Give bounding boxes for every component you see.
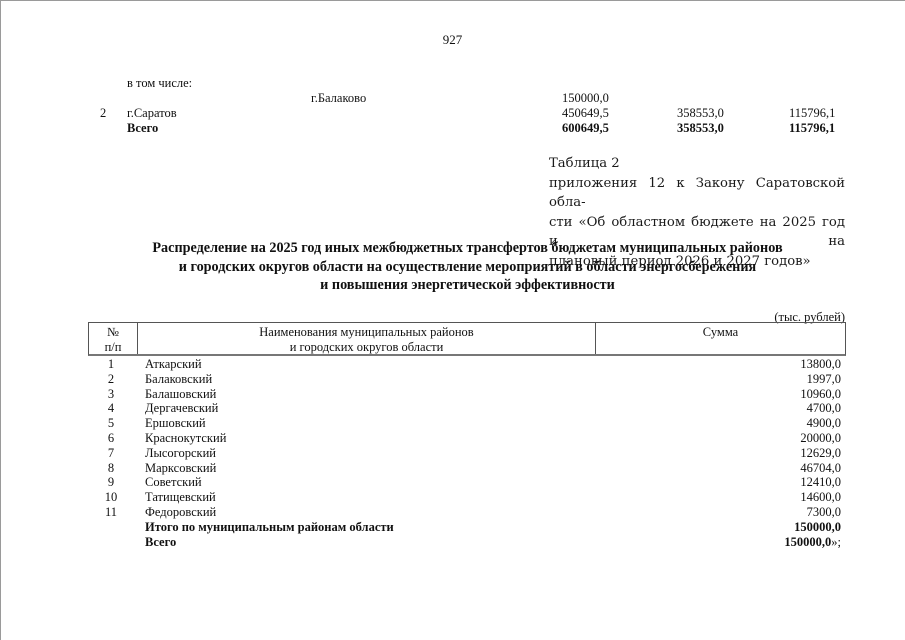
- table-row: 1Аткарский13800,0: [88, 357, 846, 372]
- prev-total-v3: 115796,1: [789, 121, 835, 136]
- table-row: 11Федоровский7300,0: [88, 505, 846, 520]
- table-row: 6Краснокутский20000,0: [88, 431, 846, 446]
- header-name-line: и городских округов области: [138, 340, 595, 355]
- table-row: 3Балашовский10960,0: [88, 387, 846, 402]
- row-district-name: Аткарский: [145, 357, 202, 372]
- row-sum: 46704,0: [800, 461, 841, 476]
- row-number: 5: [88, 416, 134, 431]
- row-sum: 14600,0: [800, 490, 841, 505]
- row-sum: 20000,0: [800, 431, 841, 446]
- header-num-line: п/п: [89, 340, 137, 355]
- annex-line: приложения 12 к Закону Саратовской обла-: [549, 174, 845, 213]
- table-row: 2Балаковский1997,0: [88, 372, 846, 387]
- prev-total-name: Всего: [127, 121, 158, 136]
- total-suffix: »;: [831, 535, 841, 549]
- prev-total-v1: 600649,5: [562, 121, 609, 136]
- table-row: 9Советский12410,0: [88, 475, 846, 490]
- subtotal-name: Итого по муниципальным районам области: [145, 520, 394, 535]
- subtotal-sum: 150000,0: [794, 520, 841, 535]
- annex-table-label: Таблица 2: [549, 154, 845, 174]
- header-num: № п/п: [89, 323, 138, 354]
- table-body: 1Аткарский13800,02Балаковский1997,03Бала…: [88, 357, 846, 549]
- prev-row-sub: г.Балаково: [311, 91, 366, 106]
- table-row-total: Всего 150000,0»;: [88, 535, 846, 550]
- row-district-name: Татищевский: [145, 490, 216, 505]
- total-name: Всего: [145, 535, 176, 550]
- row-sum: 4700,0: [807, 401, 841, 416]
- page-number: 927: [0, 32, 905, 48]
- prev-row-label: в том числе:: [127, 76, 192, 91]
- row-number: 6: [88, 431, 134, 446]
- row-sum: 4900,0: [807, 416, 841, 431]
- row-sum: 10960,0: [800, 387, 841, 402]
- row-sum: 12410,0: [800, 475, 841, 490]
- row-number: 4: [88, 401, 134, 416]
- table-row: 7Лысогорский12629,0: [88, 446, 846, 461]
- row-sum: 13800,0: [800, 357, 841, 372]
- document-title: Распределение на 2025 год иных межбюджет…: [0, 239, 905, 295]
- prev-row-v1: 150000,0: [562, 91, 609, 106]
- row-district-name: Дергачевский: [145, 401, 218, 416]
- header-name: Наименования муниципальных районов и гор…: [138, 323, 596, 354]
- row-sum: 7300,0: [807, 505, 841, 520]
- title-line: Распределение на 2025 год иных межбюджет…: [0, 239, 905, 258]
- row-district-name: Советский: [145, 475, 202, 490]
- row-number: 9: [88, 475, 134, 490]
- row-district-name: Марксовский: [145, 461, 216, 476]
- header-name-line: Наименования муниципальных районов: [138, 325, 595, 340]
- table-header: № п/п Наименования муниципальных районов…: [88, 322, 846, 356]
- table-row: 4Дергачевский4700,0: [88, 401, 846, 416]
- prev-row-v1: 450649,5: [562, 106, 609, 121]
- row-number: 10: [88, 490, 134, 505]
- title-line: и городских округов области на осуществл…: [0, 258, 905, 277]
- header-num-line: №: [89, 325, 137, 340]
- row-district-name: Ершовский: [145, 416, 206, 431]
- total-sum-wrap: 150000,0»;: [784, 535, 841, 550]
- row-sum: 1997,0: [807, 372, 841, 387]
- row-sum: 12629,0: [800, 446, 841, 461]
- prev-row-num: 2: [100, 106, 106, 121]
- row-district-name: Краснокутский: [145, 431, 226, 446]
- row-number: 7: [88, 446, 134, 461]
- row-number: 11: [88, 505, 134, 520]
- row-number: 3: [88, 387, 134, 402]
- title-line: и повышения энергетической эффективности: [0, 276, 905, 295]
- row-number: 8: [88, 461, 134, 476]
- row-district-name: Лысогорский: [145, 446, 216, 461]
- prev-row-name: г.Саратов: [127, 106, 177, 121]
- header-sum-label: Сумма: [596, 325, 845, 340]
- prev-row-v2: 358553,0: [677, 106, 724, 121]
- table-row: 8Марксовский46704,0: [88, 461, 846, 476]
- row-number: 1: [88, 357, 134, 372]
- total-sum: 150000,0: [784, 535, 831, 549]
- prev-total-v2: 358553,0: [677, 121, 724, 136]
- row-district-name: Балаковский: [145, 372, 212, 387]
- row-district-name: Федоровский: [145, 505, 216, 520]
- prev-row-v3: 115796,1: [789, 106, 835, 121]
- table-row: 5Ершовский4900,0: [88, 416, 846, 431]
- table-row-subtotal: Итого по муниципальным районам области 1…: [88, 520, 846, 535]
- header-sum: Сумма: [596, 323, 845, 354]
- table-row: 10Татищевский14600,0: [88, 490, 846, 505]
- row-number: 2: [88, 372, 134, 387]
- row-district-name: Балашовский: [145, 387, 216, 402]
